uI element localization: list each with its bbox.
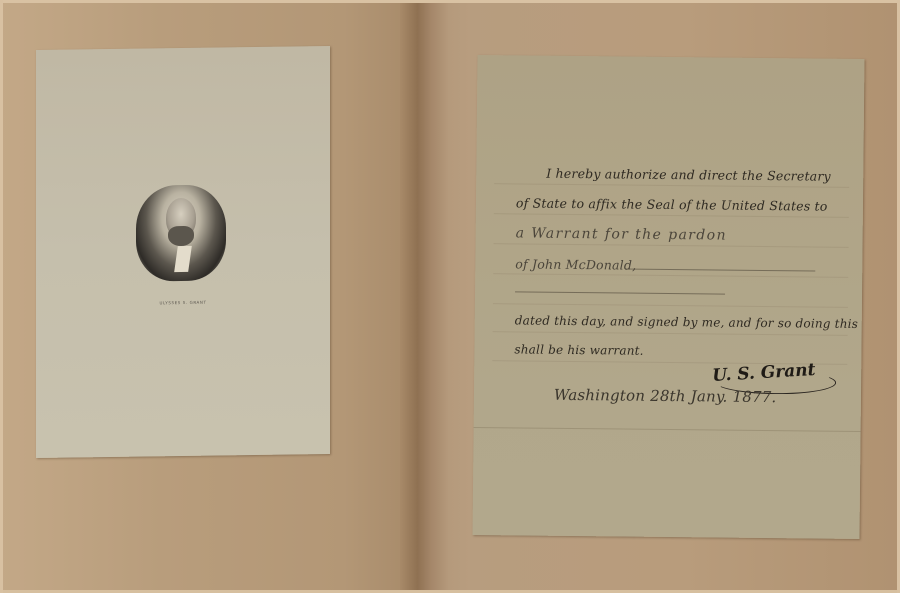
ruled-line: [494, 183, 849, 188]
portrait-caption: ULYSSES S. GRANT: [36, 298, 330, 307]
warrant-line-1: I hereby authorize and direct the Secret…: [546, 166, 831, 184]
top-border: [0, 0, 900, 3]
portrait-card: ULYSSES S. GRANT: [36, 46, 330, 458]
warrant-line-2: of State to affix the Seal of the United…: [516, 195, 828, 213]
warrant-line-4: of John McDonald,: [515, 256, 636, 272]
ruled-line: [494, 213, 849, 218]
warrant-document: I hereby authorize and direct the Secret…: [472, 55, 864, 539]
left-border: [0, 0, 3, 593]
warrant-line-6: shall be his warrant.: [514, 342, 643, 357]
album-spread: ULYSSES S. GRANT I hereby authorize and …: [0, 0, 900, 593]
warrant-line-5: dated this day, and signed by me, and fo…: [515, 313, 858, 331]
blank-filler-stroke: [625, 269, 815, 272]
ruled-line: [494, 243, 849, 248]
warrant-line-3: a Warrant for the pardon: [516, 225, 727, 243]
ruled-line: [493, 273, 848, 278]
fold-crease: [474, 427, 861, 432]
ruled-line: [493, 303, 848, 308]
book-gutter: [400, 0, 470, 593]
ruled-line: [493, 331, 848, 336]
blank-filler-stroke: [515, 291, 725, 294]
place-and-date: Washington 28th Jany. 1877.: [554, 386, 777, 406]
